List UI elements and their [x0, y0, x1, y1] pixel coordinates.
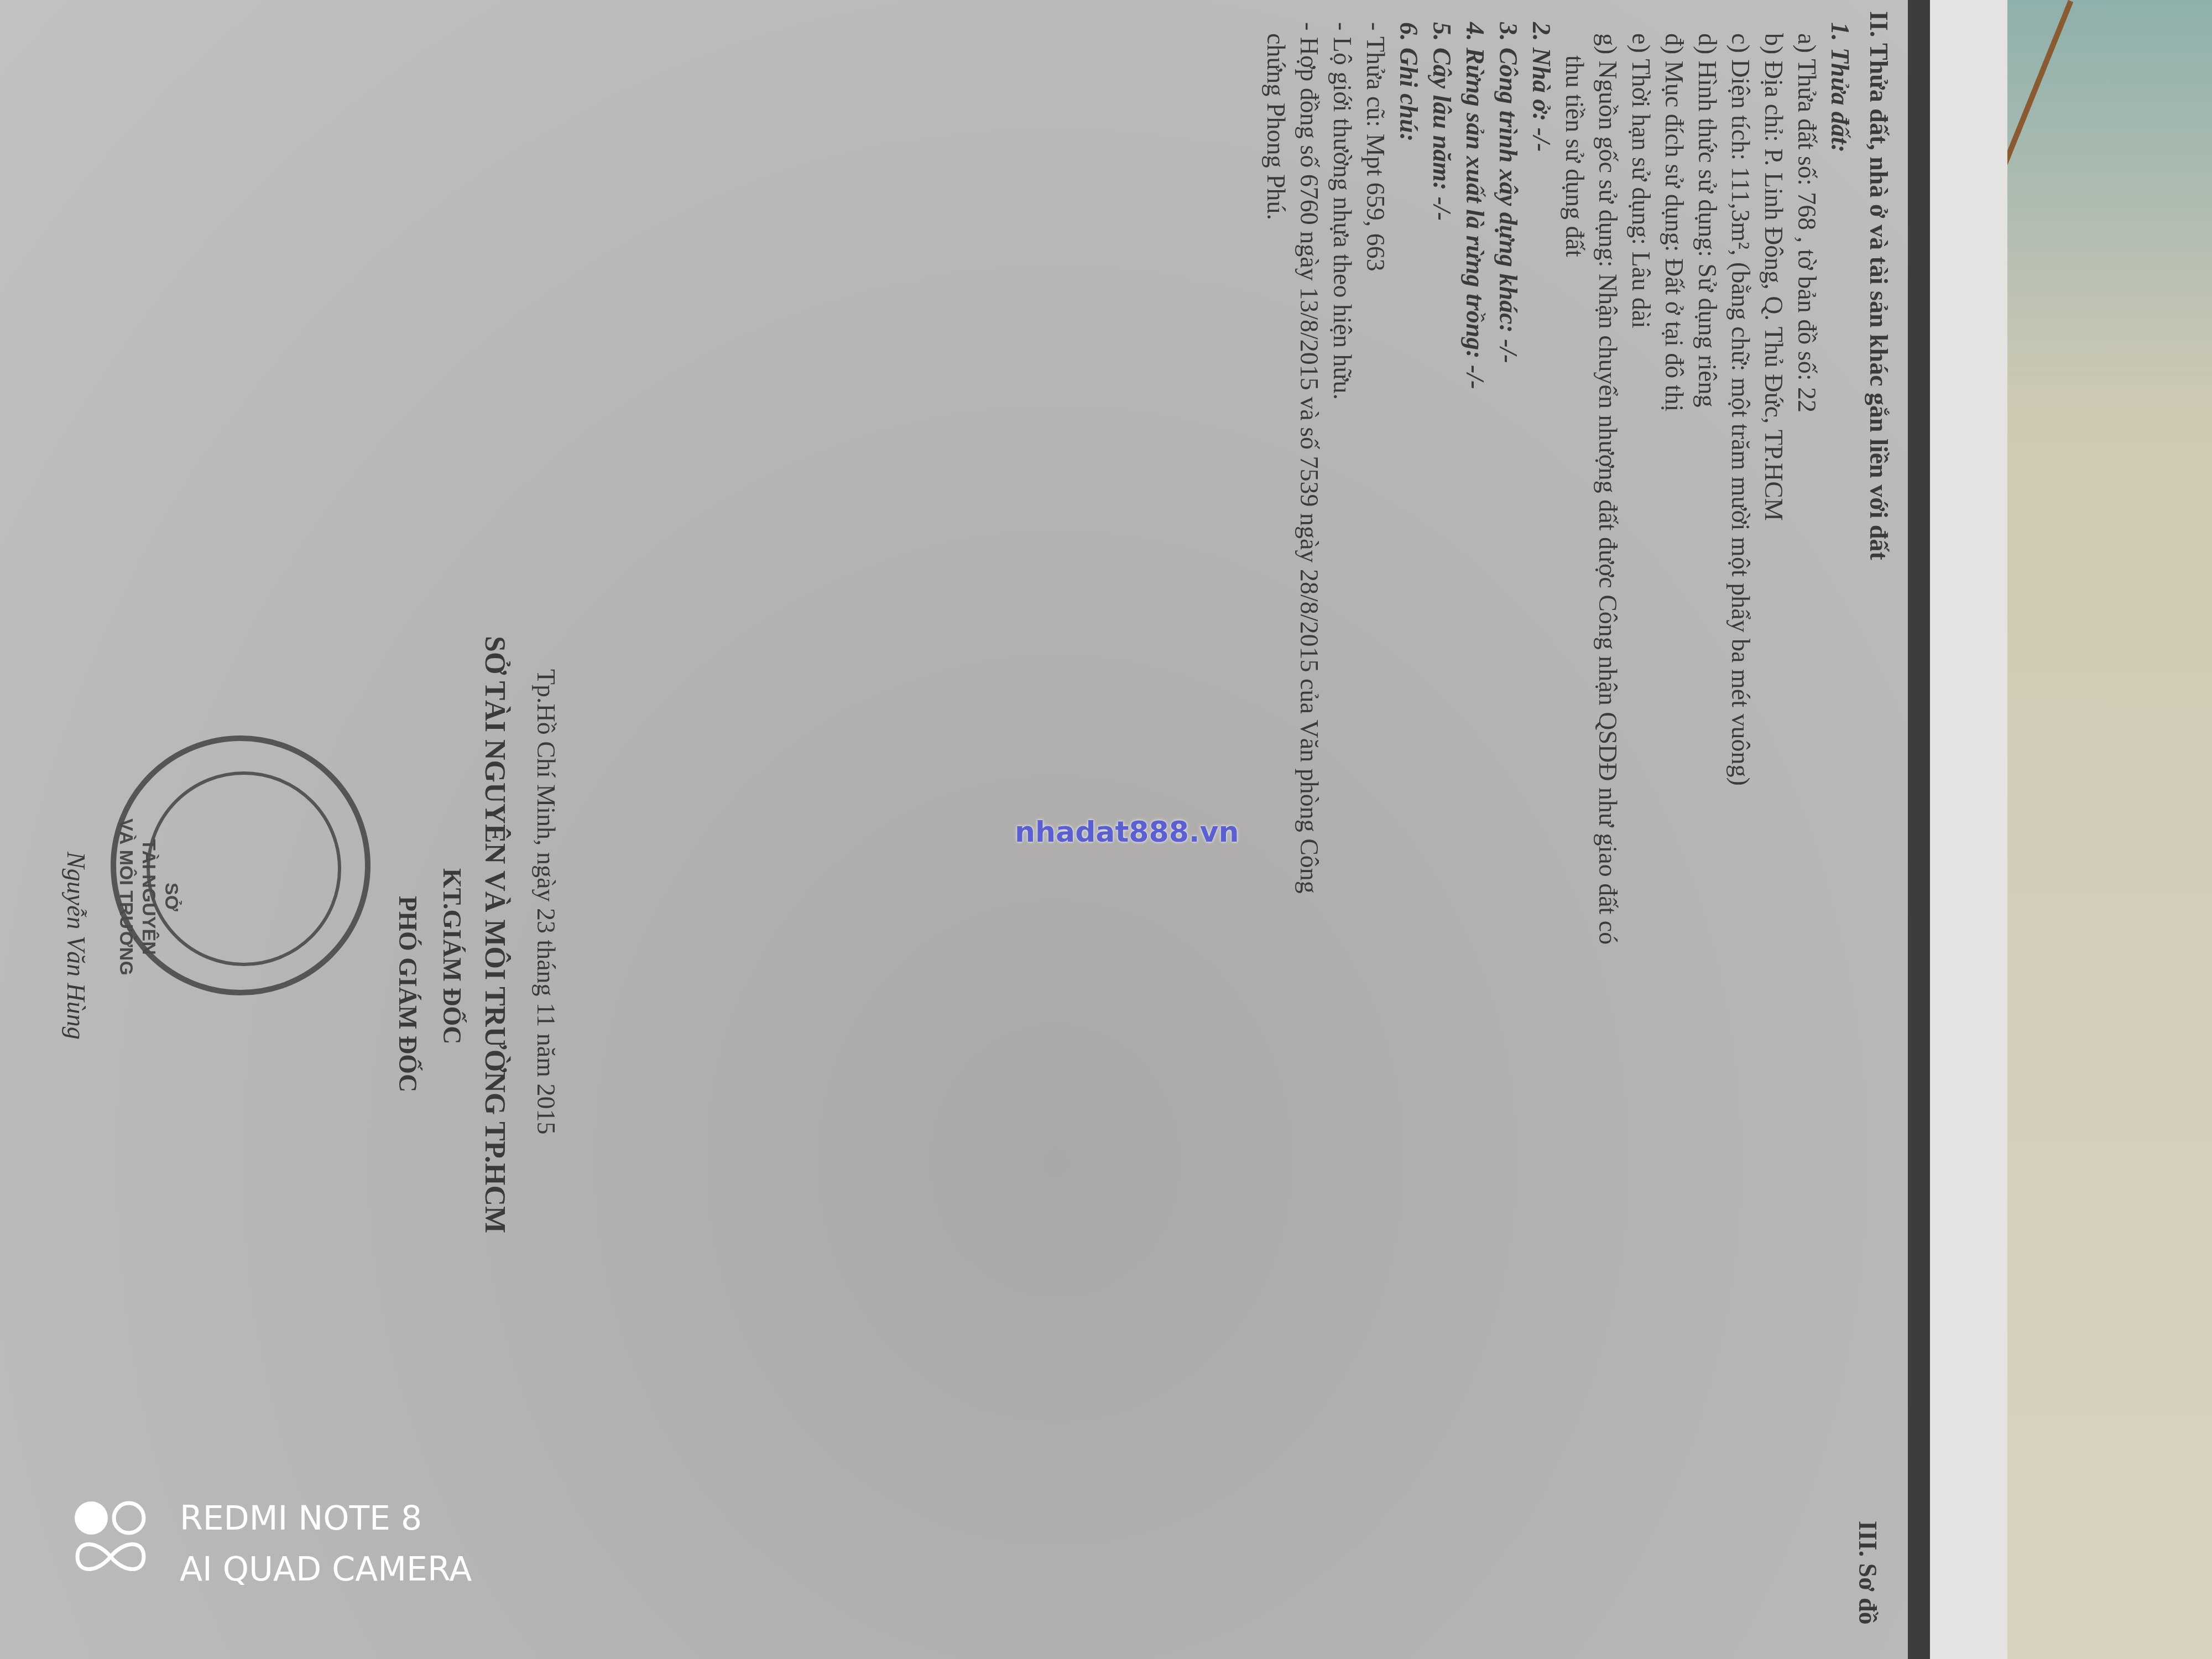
signature-place-date: Tp.Hồ Chí Minh, ngày 23 tháng 11 năm 201… — [533, 669, 559, 1135]
land-parcel-number: a) Thửa đất số: 768 , tờ bản đồ số: 22 — [1794, 33, 1819, 413]
seal-text: SỞ TÀI NGUYÊN VÀ MÔI TRƯỜNG — [115, 818, 182, 975]
note-item: - Thửa cũ: Mpt 659, 663 — [1363, 22, 1388, 272]
note-item: chứng Phong Phú. — [1263, 33, 1288, 220]
next-section-title: III. Sơ đồ — [1855, 1521, 1880, 1625]
quad-camera-logo-icon — [72, 1499, 149, 1576]
land-usage-form: d) Hình thức sử dụng: Sử dụng riêng — [1694, 33, 1720, 408]
signer-name: Nguyễn Văn Hùng — [63, 852, 88, 1040]
perennial-line: 5. Cây lâu năm: -/- — [1429, 22, 1454, 221]
note-item: - Hợp đồng số 6760 ngày 13/8/2015 và số … — [1296, 22, 1322, 894]
other-works-line: 3. Công trình xây dựng khác: -/- — [1495, 22, 1521, 363]
signature-title: PHÓ GIÁM ĐỐC — [395, 896, 420, 1092]
land-term: e) Thời hạn sử dụng: Lâu dài — [1628, 33, 1653, 328]
certificate-page: II. Thửa đất, nhà ở và tài sản khác gắn … — [0, 0, 1919, 1659]
note-item: - Lộ giới thường nhựa theo hiện hữu. — [1329, 22, 1355, 400]
section-title: II. Thửa đất, nhà ở và tài sản khác gắn … — [1866, 11, 1891, 560]
land-origin-cont: thu tiền sử dụng đất — [1562, 55, 1587, 257]
page-border-bar — [1908, 0, 1930, 1659]
site-watermark: nhadat888.vn — [1015, 816, 1239, 849]
forest-line: 4. Rừng sản xuất là rừng trồng: -/- — [1462, 22, 1488, 389]
land-origin: g) Nguồn gốc sử dụng: Nhận chuyển nhượng… — [1595, 33, 1620, 945]
camera-model: REDMI NOTE 8 — [180, 1493, 472, 1544]
signature-agency: SỞ TÀI NGUYÊN VÀ MÔI TRƯỜNG TP.HCM — [480, 636, 509, 1233]
land-heading: 1. Thửa đất: — [1827, 22, 1853, 153]
background-wall — [2002, 0, 2212, 1659]
house-line: 2. Nhà ở: -/- — [1528, 22, 1554, 152]
land-purpose: đ) Mục đích sử dụng: Đất ở tại đô thị — [1661, 33, 1687, 411]
camera-feature: AI QUAD CAMERA — [180, 1544, 472, 1595]
signature-for: KT.GIÁM ĐỐC — [439, 868, 465, 1045]
land-area: c) Diện tích: 111,3m², (bằng chữ: một tr… — [1728, 33, 1753, 786]
land-address: b) Địa chỉ: P. Linh Đông, Q. Thủ Đức, TP… — [1761, 33, 1786, 521]
notes-heading: 6. Ghi chú: — [1396, 22, 1421, 142]
